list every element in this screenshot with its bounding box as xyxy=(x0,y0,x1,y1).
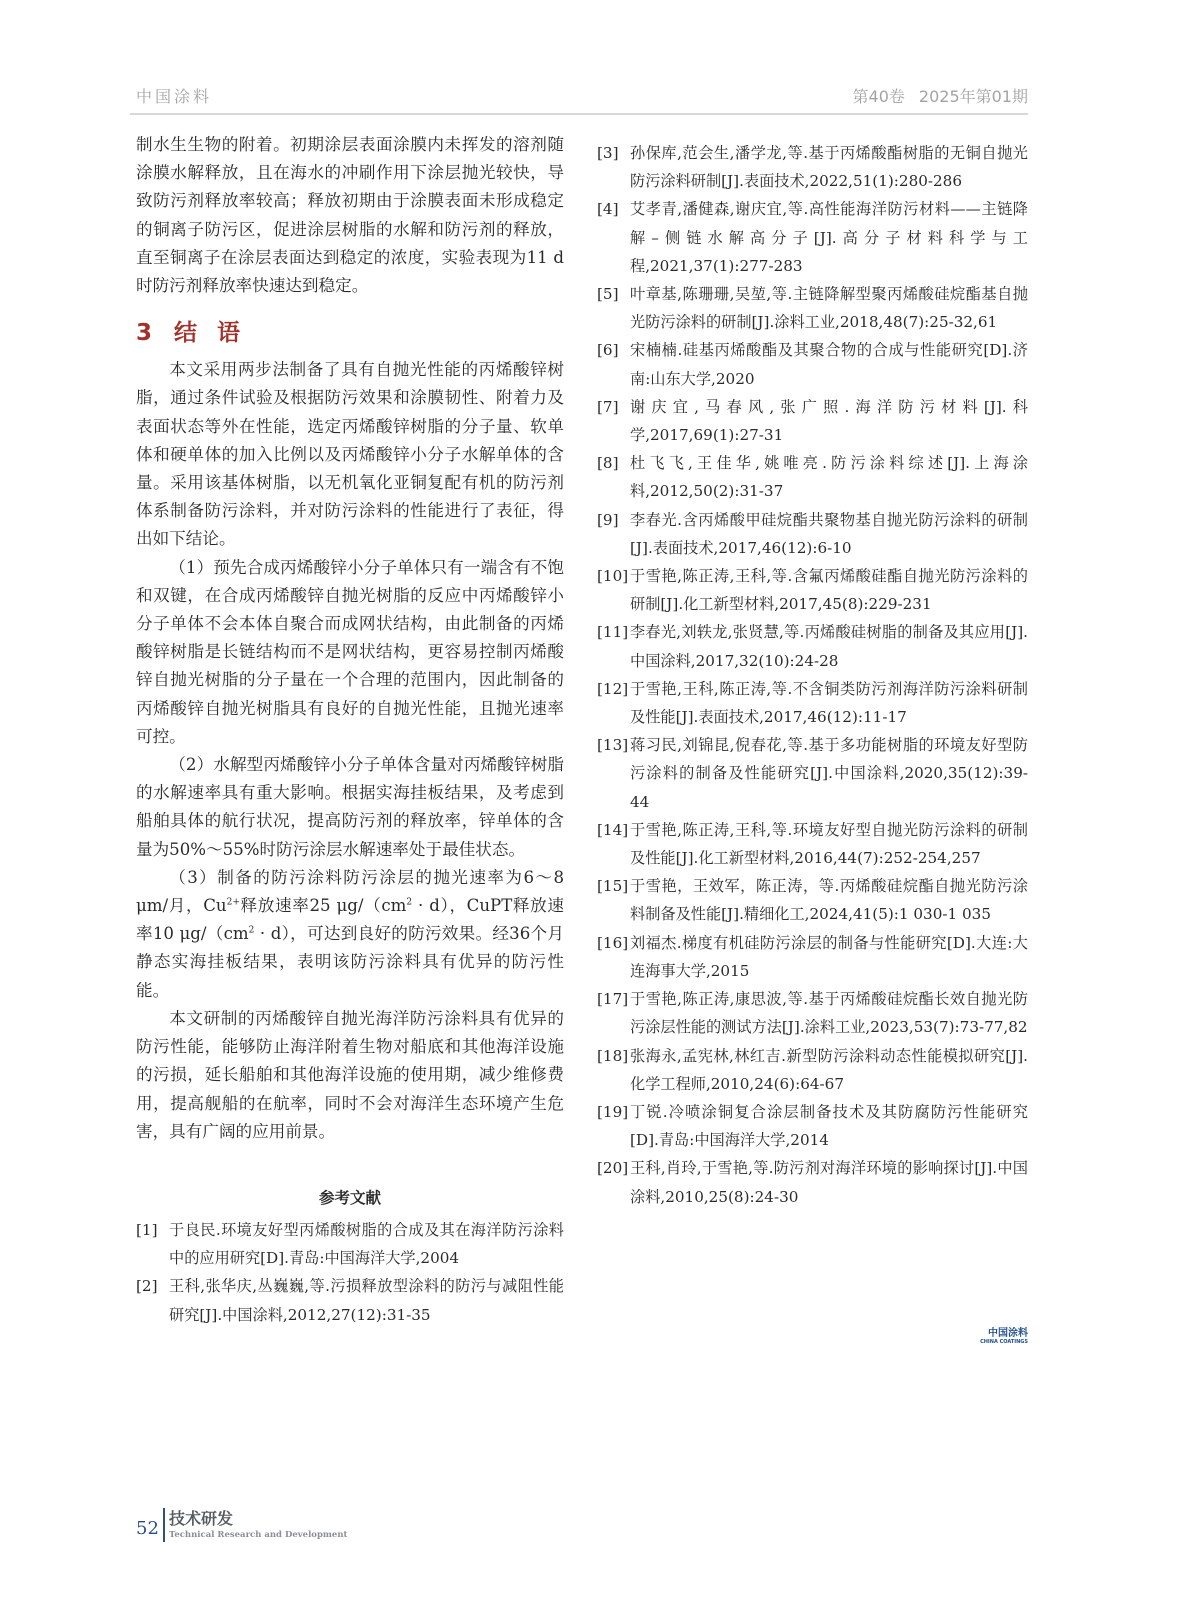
reference-number: [18] xyxy=(597,1042,630,1098)
journal-name: 中国涂料 xyxy=(136,84,212,107)
reference-text: 刘福杰.梯度有机硅防污涂层的制备与性能研究[D].大连:大连海事大学,2015 xyxy=(630,929,1028,985)
reference-text: 于雪艳,王科,陈正涛,等.不含铜类防污剂海洋防污涂料研制及性能[J].表面技术,… xyxy=(630,675,1028,731)
reference-text: 叶章基,陈珊珊,吴堃,等.主链降解型聚丙烯酸硅烷酯基自抛光防污涂料的研制[J].… xyxy=(630,280,1028,336)
reference-text: 于雪艳，王效军，陈正涛，等.丙烯酸硅烷酯自抛光防污涂料制备及性能[J].精细化工… xyxy=(630,872,1028,928)
references-title: 参考文献 xyxy=(136,1186,564,1210)
reference-text: 宋楠楠.硅基丙烯酸酯及其聚合物的合成与性能研究[D].济南:山东大学,2020 xyxy=(630,336,1028,392)
reference-number: [2] xyxy=(136,1272,169,1328)
reference-text: 杜飞飞,王佳华,姚唯亮.防污涂料综述[J].上海涂料,2012,50(2):31… xyxy=(630,449,1028,505)
reference-item: [11]李春光,刘轶龙,张贤慧,等.丙烯酸硅树脂的制备及其应用[J].中国涂料,… xyxy=(597,618,1028,674)
reference-text: 王科,肖玲,于雪艳,等.防污剂对海洋环境的影响探讨[J].中国涂料,2010,2… xyxy=(630,1154,1028,1210)
point3-sup-a: 2+ xyxy=(227,898,240,908)
reference-item: [5]叶章基,陈珊珊,吴堃,等.主链降解型聚丙烯酸硅烷酯基自抛光防污涂料的研制[… xyxy=(597,280,1028,336)
reference-number: [3] xyxy=(597,139,630,195)
reference-item: [8]杜飞飞,王佳华,姚唯亮.防污涂料综述[J].上海涂料,2012,50(2)… xyxy=(597,449,1028,505)
reference-text: 李春光.含丙烯酸甲硅烷酯共聚物基自抛光防污涂料的研制[J].表面技术,2017,… xyxy=(630,506,1028,562)
reference-item: [18]张海永,孟宪林,林红吉.新型防污涂料动态性能模拟研究[J].化学工程师,… xyxy=(597,1042,1028,1098)
reference-number: [4] xyxy=(597,195,630,280)
section-heading: 3结语 xyxy=(136,318,564,348)
reference-item: [1]于良民.环境友好型丙烯酸树脂的合成及其在海洋防污涂料中的应用研究[D].青… xyxy=(136,1216,564,1272)
issue-info: 第40卷2025年第01期 xyxy=(839,84,1028,107)
reference-item: [9]李春光.含丙烯酸甲硅烷酯共聚物基自抛光防污涂料的研制[J].表面技术,20… xyxy=(597,506,1028,562)
logo-en: CHINA COATINGS xyxy=(970,1339,1028,1345)
reference-number: [6] xyxy=(597,336,630,392)
reference-text: 李春光,刘轶龙,张贤慧,等.丙烯酸硅树脂的制备及其应用[J].中国涂料,2017… xyxy=(630,618,1028,674)
reference-number: [1] xyxy=(136,1216,169,1272)
reference-number: [7] xyxy=(597,393,630,449)
reference-item: [3]孙保库,范会生,潘学龙,等.基于丙烯酸酯树脂的无铜自抛光防污涂料研制[J]… xyxy=(597,139,1028,195)
reference-number: [16] xyxy=(597,929,630,985)
logo-cn: 中国涂料 xyxy=(970,1324,1028,1339)
reference-number: [10] xyxy=(597,562,630,618)
reference-item: [6]宋楠楠.硅基丙烯酸酯及其聚合物的合成与性能研究[D].济南:山东大学,20… xyxy=(597,336,1028,392)
conclusion-point-1: （1）预先合成丙烯酸锌小分子单体只有一端含有不饱和双键，在合成丙烯酸锌自抛光树脂… xyxy=(136,554,564,751)
reference-text: 谢庆宜,马春风,张广照.海洋防污材料[J].科学,2017,69(1):27-3… xyxy=(630,393,1028,449)
right-column: [3]孙保库,范会生,潘学龙,等.基于丙烯酸酯树脂的无铜自抛光防污涂料研制[J]… xyxy=(597,139,1028,1211)
conclusion-point-3: （3）制备的防污涂料防污涂层的抛光速率为6～8 μm/月，Cu2+释放速率25 … xyxy=(136,864,564,1005)
footer-section-cn: 技术研发 xyxy=(169,1506,233,1529)
page-number: 52 xyxy=(136,1518,159,1539)
reference-text: 丁锐.冷喷涂铜复合涂层制备技术及其防腐防污性能研究[D].青岛:中国海洋大学,2… xyxy=(630,1098,1028,1154)
reference-item: [19]丁锐.冷喷涂铜复合涂层制备技术及其防腐防污性能研究[D].青岛:中国海洋… xyxy=(597,1098,1028,1154)
running-header: 中国涂料 第40卷2025年第01期 xyxy=(136,84,1028,106)
reference-number: [12] xyxy=(597,675,630,731)
reference-text: 艾孝青,潘健森,谢庆宜,等.高性能海洋防污材料——主链降解–侧链水解高分子[J]… xyxy=(630,195,1028,280)
reference-number: [14] xyxy=(597,816,630,872)
reference-number: [17] xyxy=(597,985,630,1041)
reference-item: [15]于雪艳，王效军，陈正涛，等.丙烯酸硅烷酯自抛光防污涂料制备及性能[J].… xyxy=(597,872,1028,928)
reference-number: [20] xyxy=(597,1154,630,1210)
continued-paragraph: 制水生生物的附着。初期涂层表面涂膜内未挥发的溶剂随涂膜水解释放，且在海水的冲刷作… xyxy=(136,131,564,300)
reference-number: [15] xyxy=(597,872,630,928)
section-number: 3 xyxy=(136,318,174,348)
reference-item: [16]刘福杰.梯度有机硅防污涂层的制备与性能研究[D].大连:大连海事大学,2… xyxy=(597,929,1028,985)
reference-text: 蒋习民,刘锦昆,倪春花,等.基于多功能树脂的环境友好型防污涂料的制备及性能研究[… xyxy=(630,731,1028,816)
footer-divider xyxy=(163,1508,165,1542)
reference-item: [10]于雪艳,陈正涛,王科,等.含氟丙烯酸硅酯自抛光防污涂料的研制[J].化工… xyxy=(597,562,1028,618)
reference-item: [17]于雪艳,陈正涛,康思波,等.基于丙烯酸硅烷酯长效自抛光防污涂层性能的测试… xyxy=(597,985,1028,1041)
conclusion-intro: 本文采用两步法制备了具有自抛光性能的丙烯酸锌树脂，通过条件试验及根据防污效果和涂… xyxy=(136,356,564,553)
left-column: 制水生生物的附着。初期涂层表面涂膜内未挥发的溶剂随涂膜水解释放，且在海水的冲刷作… xyxy=(136,131,564,1329)
reference-text: 于雪艳,陈正涛,康思波,等.基于丙烯酸硅烷酯长效自抛光防污涂层性能的测试方法[J… xyxy=(630,985,1028,1041)
footer-section-en: Technical Research and Development xyxy=(169,1530,347,1540)
reference-text: 张海永,孟宪林,林红吉.新型防污涂料动态性能模拟研究[J].化学工程师,2010… xyxy=(630,1042,1028,1098)
reference-text: 于雪艳,陈正涛,王科,等.含氟丙烯酸硅酯自抛光防污涂料的研制[J].化工新型材料… xyxy=(630,562,1028,618)
reference-number: [13] xyxy=(597,731,630,816)
reference-item: [20]王科,肖玲,于雪艳,等.防污剂对海洋环境的影响探讨[J].中国涂料,20… xyxy=(597,1154,1028,1210)
reference-number: [8] xyxy=(597,449,630,505)
china-coatings-logo: 中国涂料 CHINA COATINGS xyxy=(970,1324,1028,1345)
closing-paragraph: 本文研制的丙烯酸锌自抛光海洋防污涂料具有优异的防污性能，能够防止海洋附着生物对船… xyxy=(136,1005,564,1146)
reference-number: [9] xyxy=(597,506,630,562)
reference-item: [2]王科,张华庆,丛巍巍,等.污损释放型涂料的防污与减阻性能研究[J].中国涂… xyxy=(136,1272,564,1328)
reference-number: [5] xyxy=(597,280,630,336)
reference-text: 孙保库,范会生,潘学龙,等.基于丙烯酸酯树脂的无铜自抛光防污涂料研制[J].表面… xyxy=(630,139,1028,195)
reference-item: [7]谢庆宜,马春风,张广照.海洋防污材料[J].科学,2017,69(1):2… xyxy=(597,393,1028,449)
conclusion-point-2: （2）水解型丙烯酸锌小分子单体含量对丙烯酸锌树脂的水解速率具有重大影响。根据实海… xyxy=(136,751,564,864)
issue-label: 2025年第01期 xyxy=(919,87,1028,106)
section-title: 结语 xyxy=(174,320,260,346)
reference-item: [13]蒋习民,刘锦昆,倪春花,等.基于多功能树脂的环境友好型防污涂料的制备及性… xyxy=(597,731,1028,816)
reference-item: [14]于雪艳,陈正涛,王科,等.环境友好型自抛光防污涂料的研制及性能[J].化… xyxy=(597,816,1028,872)
reference-item: [12]于雪艳,王科,陈正涛,等.不含铜类防污剂海洋防污涂料研制及性能[J].表… xyxy=(597,675,1028,731)
reference-number: [19] xyxy=(597,1098,630,1154)
header-divider xyxy=(130,113,1028,115)
reference-text: 于雪艳,陈正涛,王科,等.环境友好型自抛光防污涂料的研制及性能[J].化工新型材… xyxy=(630,816,1028,872)
reference-text: 于良民.环境友好型丙烯酸树脂的合成及其在海洋防污涂料中的应用研究[D].青岛:中… xyxy=(169,1216,564,1272)
reference-text: 王科,张华庆,丛巍巍,等.污损释放型涂料的防污与减阻性能研究[J].中国涂料,2… xyxy=(169,1272,564,1328)
point3-text-b: 释放速率25 μg/（cm xyxy=(240,896,407,915)
volume-label: 第40卷 xyxy=(853,87,905,106)
reference-number: [11] xyxy=(597,618,630,674)
reference-item: [4]艾孝青,潘健森,谢庆宜,等.高性能海洋防污材料——主链降解–侧链水解高分子… xyxy=(597,195,1028,280)
